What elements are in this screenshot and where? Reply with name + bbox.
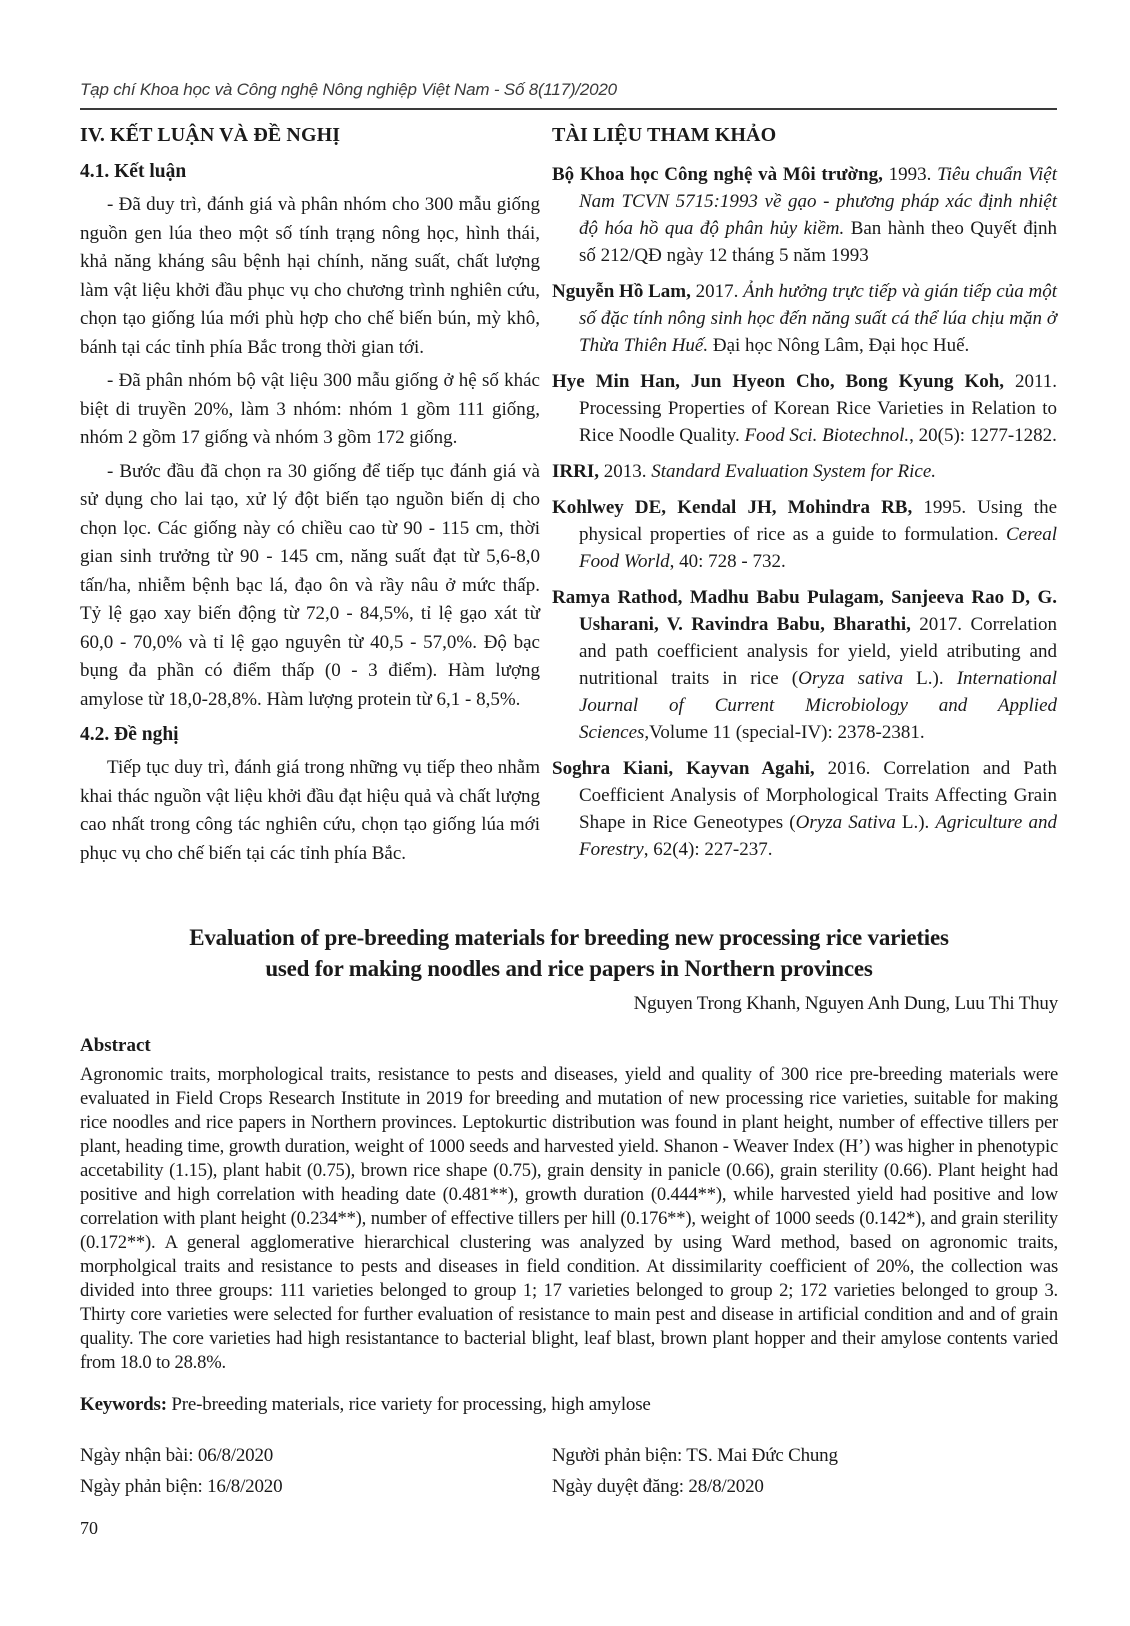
references-heading: TÀI LIỆU THAM KHẢO [552, 124, 1057, 147]
reviewer-name: Người phản biện: TS. Mai Đức Chung [552, 1440, 838, 1471]
page-number: 70 [80, 1518, 98, 1539]
dates-left-column: Ngày nhận bài: 06/8/2020 Ngày phản biện:… [80, 1440, 282, 1502]
authors-line: Nguyen Trong Khanh, Nguyen Anh Dung, Luu… [80, 993, 1058, 1015]
dates-right-column: Người phản biện: TS. Mai Đức Chung Ngày … [552, 1440, 838, 1502]
reference-item: IRRI, 2013. Standard Evaluation System f… [552, 458, 1057, 485]
conclusion-paragraph-2: - Đã phân nhóm bộ vật liệu 300 mẫu giống… [80, 367, 540, 453]
header-rule [80, 108, 1057, 110]
english-title-line-1: Evaluation of pre-breeding materials for… [80, 922, 1058, 953]
running-head: Tạp chí Khoa học và Công nghệ Nông nghiệ… [80, 80, 1057, 100]
reference-item: Kohlwey DE, Kendal JH, Mohindra RB, 1995… [552, 494, 1057, 575]
english-title-line-2: used for making noodles and rice papers … [80, 953, 1058, 984]
received-date: Ngày nhận bài: 06/8/2020 [80, 1440, 282, 1471]
reviewed-date: Ngày phản biện: 16/8/2020 [80, 1471, 282, 1502]
conclusion-section-heading: IV. KẾT LUẬN VÀ ĐỀ NGHỊ [80, 124, 540, 147]
reference-item: Hye Min Han, Jun Hyeon Cho, Bong Kyung K… [552, 368, 1057, 449]
reference-item: Ramya Rathod, Madhu Babu Pulagam, Sanjee… [552, 584, 1057, 746]
keywords-label: Keywords: [80, 1394, 167, 1415]
subsection-4-2-heading: 4.2. Đề nghị [80, 724, 540, 746]
keywords-text: Pre-breeding materials, rice variety for… [167, 1394, 651, 1415]
keywords-line: Keywords: Pre-breeding materials, rice v… [80, 1394, 1058, 1416]
abstract-text: Agronomic traits, morphological traits, … [80, 1063, 1058, 1375]
recommendation-paragraph: Tiếp tục duy trì, đánh giá trong những v… [80, 754, 540, 868]
conclusion-column: IV. KẾT LUẬN VÀ ĐỀ NGHỊ 4.1. Kết luận - … [80, 124, 540, 873]
conclusion-paragraph-3: - Bước đầu đã chọn ra 30 giống để tiếp t… [80, 458, 540, 715]
reference-item: Bộ Khoa học Công nghệ và Môi trường, 199… [552, 161, 1057, 269]
abstract-heading: Abstract [80, 1035, 1058, 1057]
english-abstract-section: Evaluation of pre-breeding materials for… [80, 922, 1058, 1435]
conclusion-paragraph-1: - Đã duy trì, đánh giá và phân nhóm cho … [80, 191, 540, 362]
subsection-4-1-heading: 4.1. Kết luận [80, 161, 540, 183]
reference-item: Soghra Kiani, Kayvan Agahi, 2016. Correl… [552, 755, 1057, 863]
references-column: TÀI LIỆU THAM KHẢO Bộ Khoa học Công nghệ… [552, 124, 1057, 872]
approved-date: Ngày duyệt đăng: 28/8/2020 [552, 1471, 838, 1502]
journal-page: Tạp chí Khoa học và Công nghệ Nông nghiệ… [0, 0, 1130, 1626]
reference-item: Nguyễn Hồ Lam, 2017. Ảnh hưởng trực tiếp… [552, 278, 1057, 359]
